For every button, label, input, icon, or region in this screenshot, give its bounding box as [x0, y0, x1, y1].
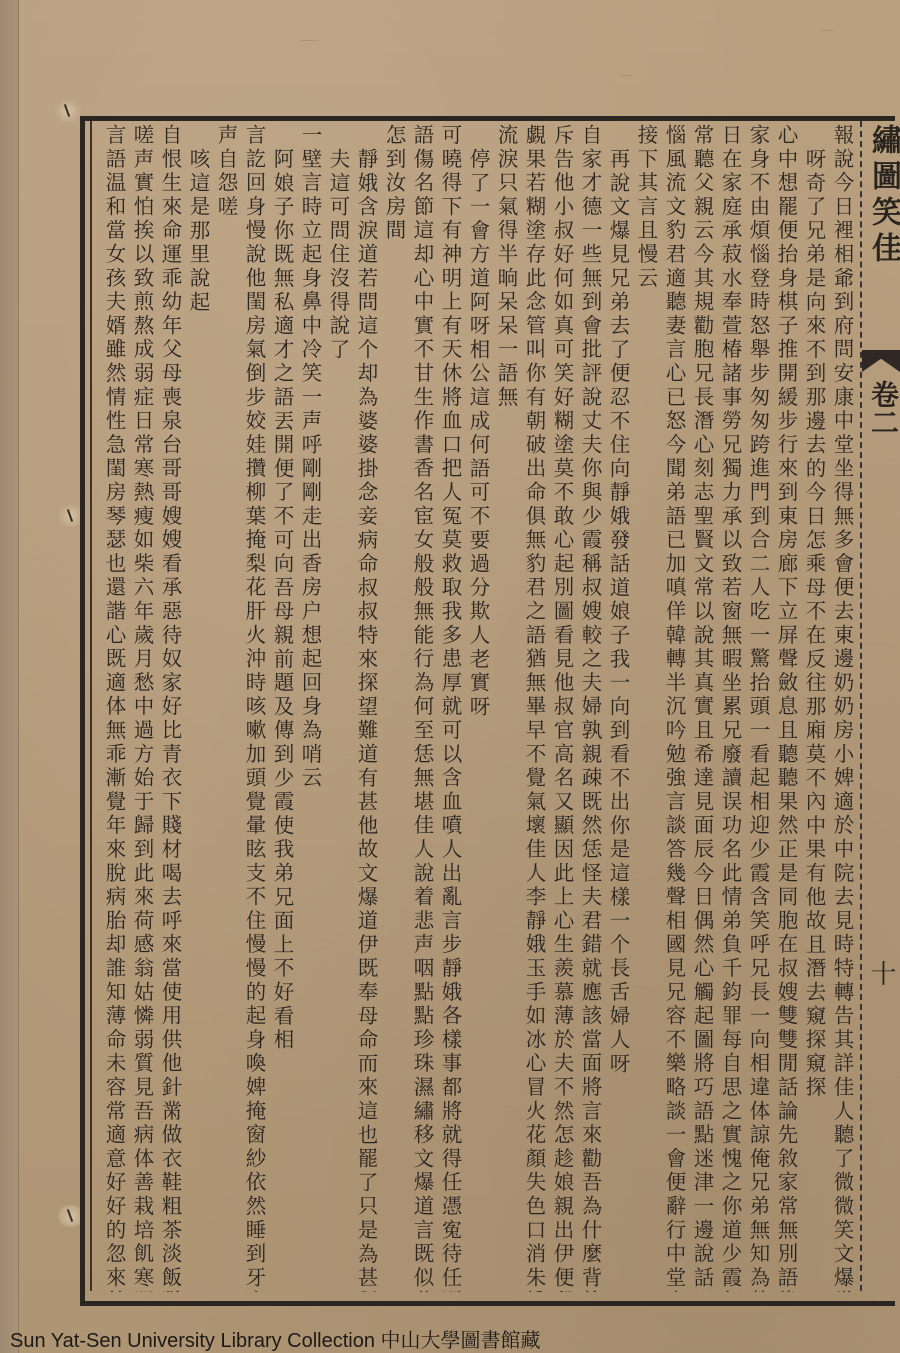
text-column: 常聽父親云今其規勸胞兄長潛心刻志聖賢文常以說其真實且希達見面辰今日偶然心觸起圖將… — [688, 124, 716, 1292]
text-column: 呀奇了兄弟是向來不到那邊去的今日怎乘母不在反往那廂莫不內中果有他故且潛去窺探窺探 — [800, 124, 828, 1292]
text-column: 可曉得下有神明上有天休將血口把人冤莫救取我多患厚就可以含血噴人出亂言步靜娥各樣事… — [436, 124, 464, 1292]
text-column: 流淚只氣得半晌呆呆一語無 — [492, 124, 520, 1292]
text-column: 語傷名節這却心中實不甘生作書香名宦女般般無能行為何至恁無堪佳人說着悲声咽點點珍珠… — [408, 124, 436, 1292]
text-column: 阿娘子你既無私適才之語丟開便了不可向吾母親前題及傳到少霞使我弟兄面上不好看相 — [268, 124, 296, 1292]
text-column: 咳這是那里說起 — [184, 124, 212, 1292]
text-column: 自恨生來命運乖幼年父母喪泉台哥哥嫂嫂看承惡待奴家好比青衣下賤材喝去呼來當使用供他… — [156, 124, 184, 1292]
text-column: 停了一會方道阿呀相公這成何語可不要過分欺人老實呀 — [464, 124, 492, 1292]
text-column: 夫這可問住沒得說了 — [324, 124, 352, 1292]
banxin-volume: 卷二 — [866, 380, 900, 436]
text-column: 自家才德一些無到會批評說丈夫你與少霞稱叔嫂較之夫婦孰親疎既然恁怪夫君錯就應該當面… — [576, 124, 604, 1292]
text-column: 声自怨嗟 — [212, 124, 240, 1292]
text-column: 日在家庭承菽水奉萱椿諸事勞兄獨力承以致若窗無暇坐累兄廢讀误功名此情弟負千鈞罪每自… — [716, 124, 744, 1292]
library-watermark: Sun Yat-Sen University Library Collectio… — [10, 1324, 541, 1353]
text-column: 覷果若糊塗存此念管叫你有朝破出命俱無豹君之語猶無畢早不覺氣壞佳人李靜娥玉手如冰心… — [520, 124, 548, 1292]
text-column: 嗟声實怕挨以致煎熬成弱症日常寒熱瘦如柴六年歲月愁中過方始于歸到此來荷感翁姑憐弱質… — [128, 124, 156, 1292]
banxin-title: 繡圖笑佳 — [866, 124, 900, 268]
banxin-center-strip — [860, 121, 900, 1291]
text-column: 言語温和當女孩夫婿雖然情性急閨房琴瑟也還諧心既適体無乖漸覺年來脫病胎却誰知薄命未… — [100, 124, 128, 1292]
text-column: 一壁言時立起身鼻中冷笑一声呼剛剛走出香房户想起回身為哨云 — [296, 124, 324, 1292]
binding-hole-icon — [55, 100, 81, 122]
body-text: 報說今日裡相爺到府問安康中堂坐得無多會便去東邊奶奶房小婢適於中院去見時特轉告其詳… — [96, 124, 856, 1292]
text-column: 斥告他小叔好何如真可笑好糊塗莫不敢心起別圖看見他叔官高名又顯因此上心生羨慕薄於夫… — [548, 124, 576, 1292]
text-column: 報說今日裡相爺到府問安康中堂坐得無多會便去東邊奶奶房小婢適於中院去見時特轉告其詳… — [828, 124, 856, 1292]
text-column: 怎到汝房間 — [380, 124, 408, 1292]
text-column: 靜娥含淚道若問這个却為婆婆掛念妾病命叔叔特來探望難道有甚他故文爆道伊既奉母命而來… — [352, 124, 380, 1292]
text-column: 接下其言且慢云 — [632, 124, 660, 1292]
text-column: 惱風流文豹君適聽妻言心已怒今聞弟語已加嗔佯韓轉半沉吟勉強言談答幾聲相國見兄容不樂… — [660, 124, 688, 1292]
banxin-page-number: 十 — [866, 960, 900, 986]
text-column: 心中想罷便抬身棋子推開緩步行來到東房廊下立屏聲斂息且聽聽果然正是同胞在叔嫂雙雙閒… — [772, 124, 800, 1292]
previous-page-edge — [0, 0, 19, 1353]
text-column: 家身不由煩惱登時怒舉步匆匆跨進門到合二人吃一驚抬頭一看起相迎少霞含笑呼兄長一向相… — [744, 124, 772, 1292]
text-column: 再說文爆見兄弟去了便忍不住向靜娥發話道娘子我一向到看不出你是這樣一个長舌婦人呀 — [604, 124, 632, 1292]
text-column: 言訖回身慢說他閨房氣倒步姣娃攢柳葉掩梨花肝火沖時咳嗽加頭覺暈眩支不住慢慢的起身喚… — [240, 124, 268, 1292]
page-border-inner-line — [90, 121, 92, 1291]
